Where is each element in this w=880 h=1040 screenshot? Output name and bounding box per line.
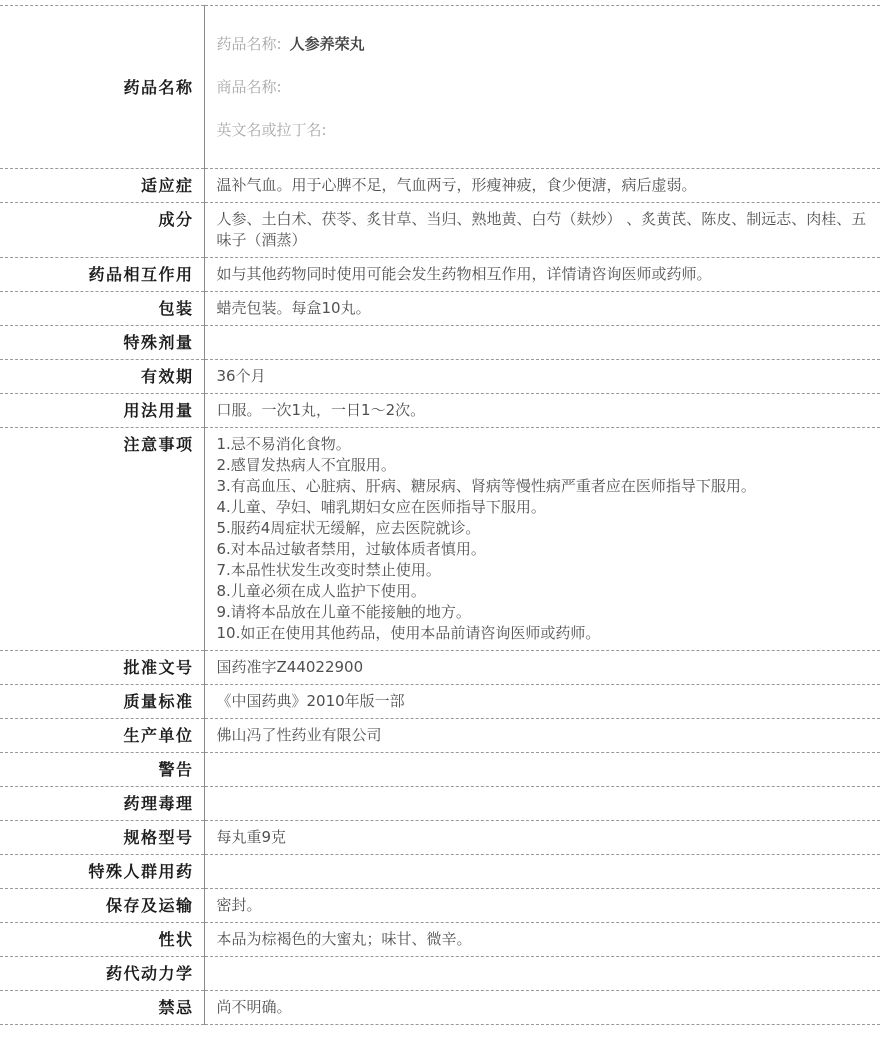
row-value: 佛山冯了性药业有限公司 (204, 719, 880, 753)
row-value (204, 855, 880, 889)
row-value: 蜡壳包装。每盒10丸。 (204, 292, 880, 326)
row-precautions: 注意事项 1.忌不易消化食物。 2.感冒发热病人不宜服用。 3.有高血压、心脏病… (0, 428, 880, 651)
row-value: 尚不明确。 (204, 991, 880, 1025)
row-value: 人参、土白术、茯苓、炙甘草、当归、熟地黄、白芍（麸炒） 、炙黄芪、陈皮、制远志、… (204, 203, 880, 258)
row-label: 特殊剂量 (0, 326, 204, 360)
row-value: 药品名称:人参养荣丸 商品名称: 英文名或拉丁名: (204, 6, 880, 169)
row-label: 禁忌 (0, 991, 204, 1025)
latin-name-line: 英文名或拉丁名: (217, 119, 869, 141)
row-label: 质量标准 (0, 685, 204, 719)
row-value: 本品为棕褐色的大蜜丸；味甘、微辛。 (204, 923, 880, 957)
row-label: 有效期 (0, 360, 204, 394)
row-pharmacokinetics: 药代动力学 (0, 957, 880, 991)
row-value: 国药准字Z44022900 (204, 651, 880, 685)
row-label: 警告 (0, 753, 204, 787)
row-label: 药品相互作用 (0, 258, 204, 292)
row-label: 特殊人群用药 (0, 855, 204, 889)
row-specification: 规格型号 每丸重9克 (0, 821, 880, 855)
row-value (204, 787, 880, 821)
generic-name-field-label: 药品名称: (217, 35, 282, 53)
row-manufacturer: 生产单位 佛山冯了性药业有限公司 (0, 719, 880, 753)
drug-name-value: 人参养荣丸 (290, 35, 365, 53)
trade-name-line: 商品名称: (217, 76, 869, 98)
row-properties: 性状 本品为棕褐色的大蜜丸；味甘、微辛。 (0, 923, 880, 957)
row-label: 药代动力学 (0, 957, 204, 991)
drug-info-table: 药品名称 药品名称:人参养荣丸 商品名称: 英文名或拉丁名: 适应症 温补气血。… (0, 5, 880, 1025)
row-special-dosage: 特殊剂量 (0, 326, 880, 360)
row-label: 生产单位 (0, 719, 204, 753)
row-value (204, 753, 880, 787)
row-warning: 警告 (0, 753, 880, 787)
row-value: 密封。 (204, 889, 880, 923)
row-shelf-life: 有效期 36个月 (0, 360, 880, 394)
row-label: 用法用量 (0, 394, 204, 428)
row-label: 包装 (0, 292, 204, 326)
row-drug-interactions: 药品相互作用 如与其他药物同时使用可能会发生药物相互作用，详情请咨询医师或药师。 (0, 258, 880, 292)
row-pharmacology-toxicology: 药理毒理 (0, 787, 880, 821)
row-label: 药理毒理 (0, 787, 204, 821)
row-indications: 适应症 温补气血。用于心脾不足，气血两亏，形瘦神疲，食少便溏，病后虚弱。 (0, 169, 880, 203)
row-label: 规格型号 (0, 821, 204, 855)
row-value: 每丸重9克 (204, 821, 880, 855)
row-label: 注意事项 (0, 428, 204, 651)
latin-name-field-label: 英文名或拉丁名: (217, 121, 327, 139)
trade-name-field-label: 商品名称: (217, 78, 282, 96)
row-contraindications: 禁忌 尚不明确。 (0, 991, 880, 1025)
row-value (204, 957, 880, 991)
row-label: 药品名称 (0, 6, 204, 169)
row-label: 性状 (0, 923, 204, 957)
row-label: 成分 (0, 203, 204, 258)
row-label: 适应症 (0, 169, 204, 203)
row-drug-name: 药品名称 药品名称:人参养荣丸 商品名称: 英文名或拉丁名: (0, 6, 880, 169)
row-storage-transport: 保存及运输 密封。 (0, 889, 880, 923)
row-value: 口服。一次1丸，一日1～2次。 (204, 394, 880, 428)
row-value: 1.忌不易消化食物。 2.感冒发热病人不宜服用。 3.有高血压、心脏病、肝病、糖… (204, 428, 880, 651)
row-approval-number: 批准文号 国药准字Z44022900 (0, 651, 880, 685)
row-dosage-usage: 用法用量 口服。一次1丸，一日1～2次。 (0, 394, 880, 428)
row-value: 温补气血。用于心脾不足，气血两亏，形瘦神疲，食少便溏，病后虚弱。 (204, 169, 880, 203)
row-value: 36个月 (204, 360, 880, 394)
row-packaging: 包装 蜡壳包装。每盒10丸。 (0, 292, 880, 326)
row-label: 批准文号 (0, 651, 204, 685)
generic-name-line: 药品名称:人参养荣丸 (217, 33, 869, 55)
row-quality-standard: 质量标准 《中国药典》2010年版一部 (0, 685, 880, 719)
row-special-populations: 特殊人群用药 (0, 855, 880, 889)
row-value: 如与其他药物同时使用可能会发生药物相互作用，详情请咨询医师或药师。 (204, 258, 880, 292)
row-ingredients: 成分 人参、土白术、茯苓、炙甘草、当归、熟地黄、白芍（麸炒） 、炙黄芪、陈皮、制… (0, 203, 880, 258)
row-label: 保存及运输 (0, 889, 204, 923)
row-value (204, 326, 880, 360)
row-value: 《中国药典》2010年版一部 (204, 685, 880, 719)
